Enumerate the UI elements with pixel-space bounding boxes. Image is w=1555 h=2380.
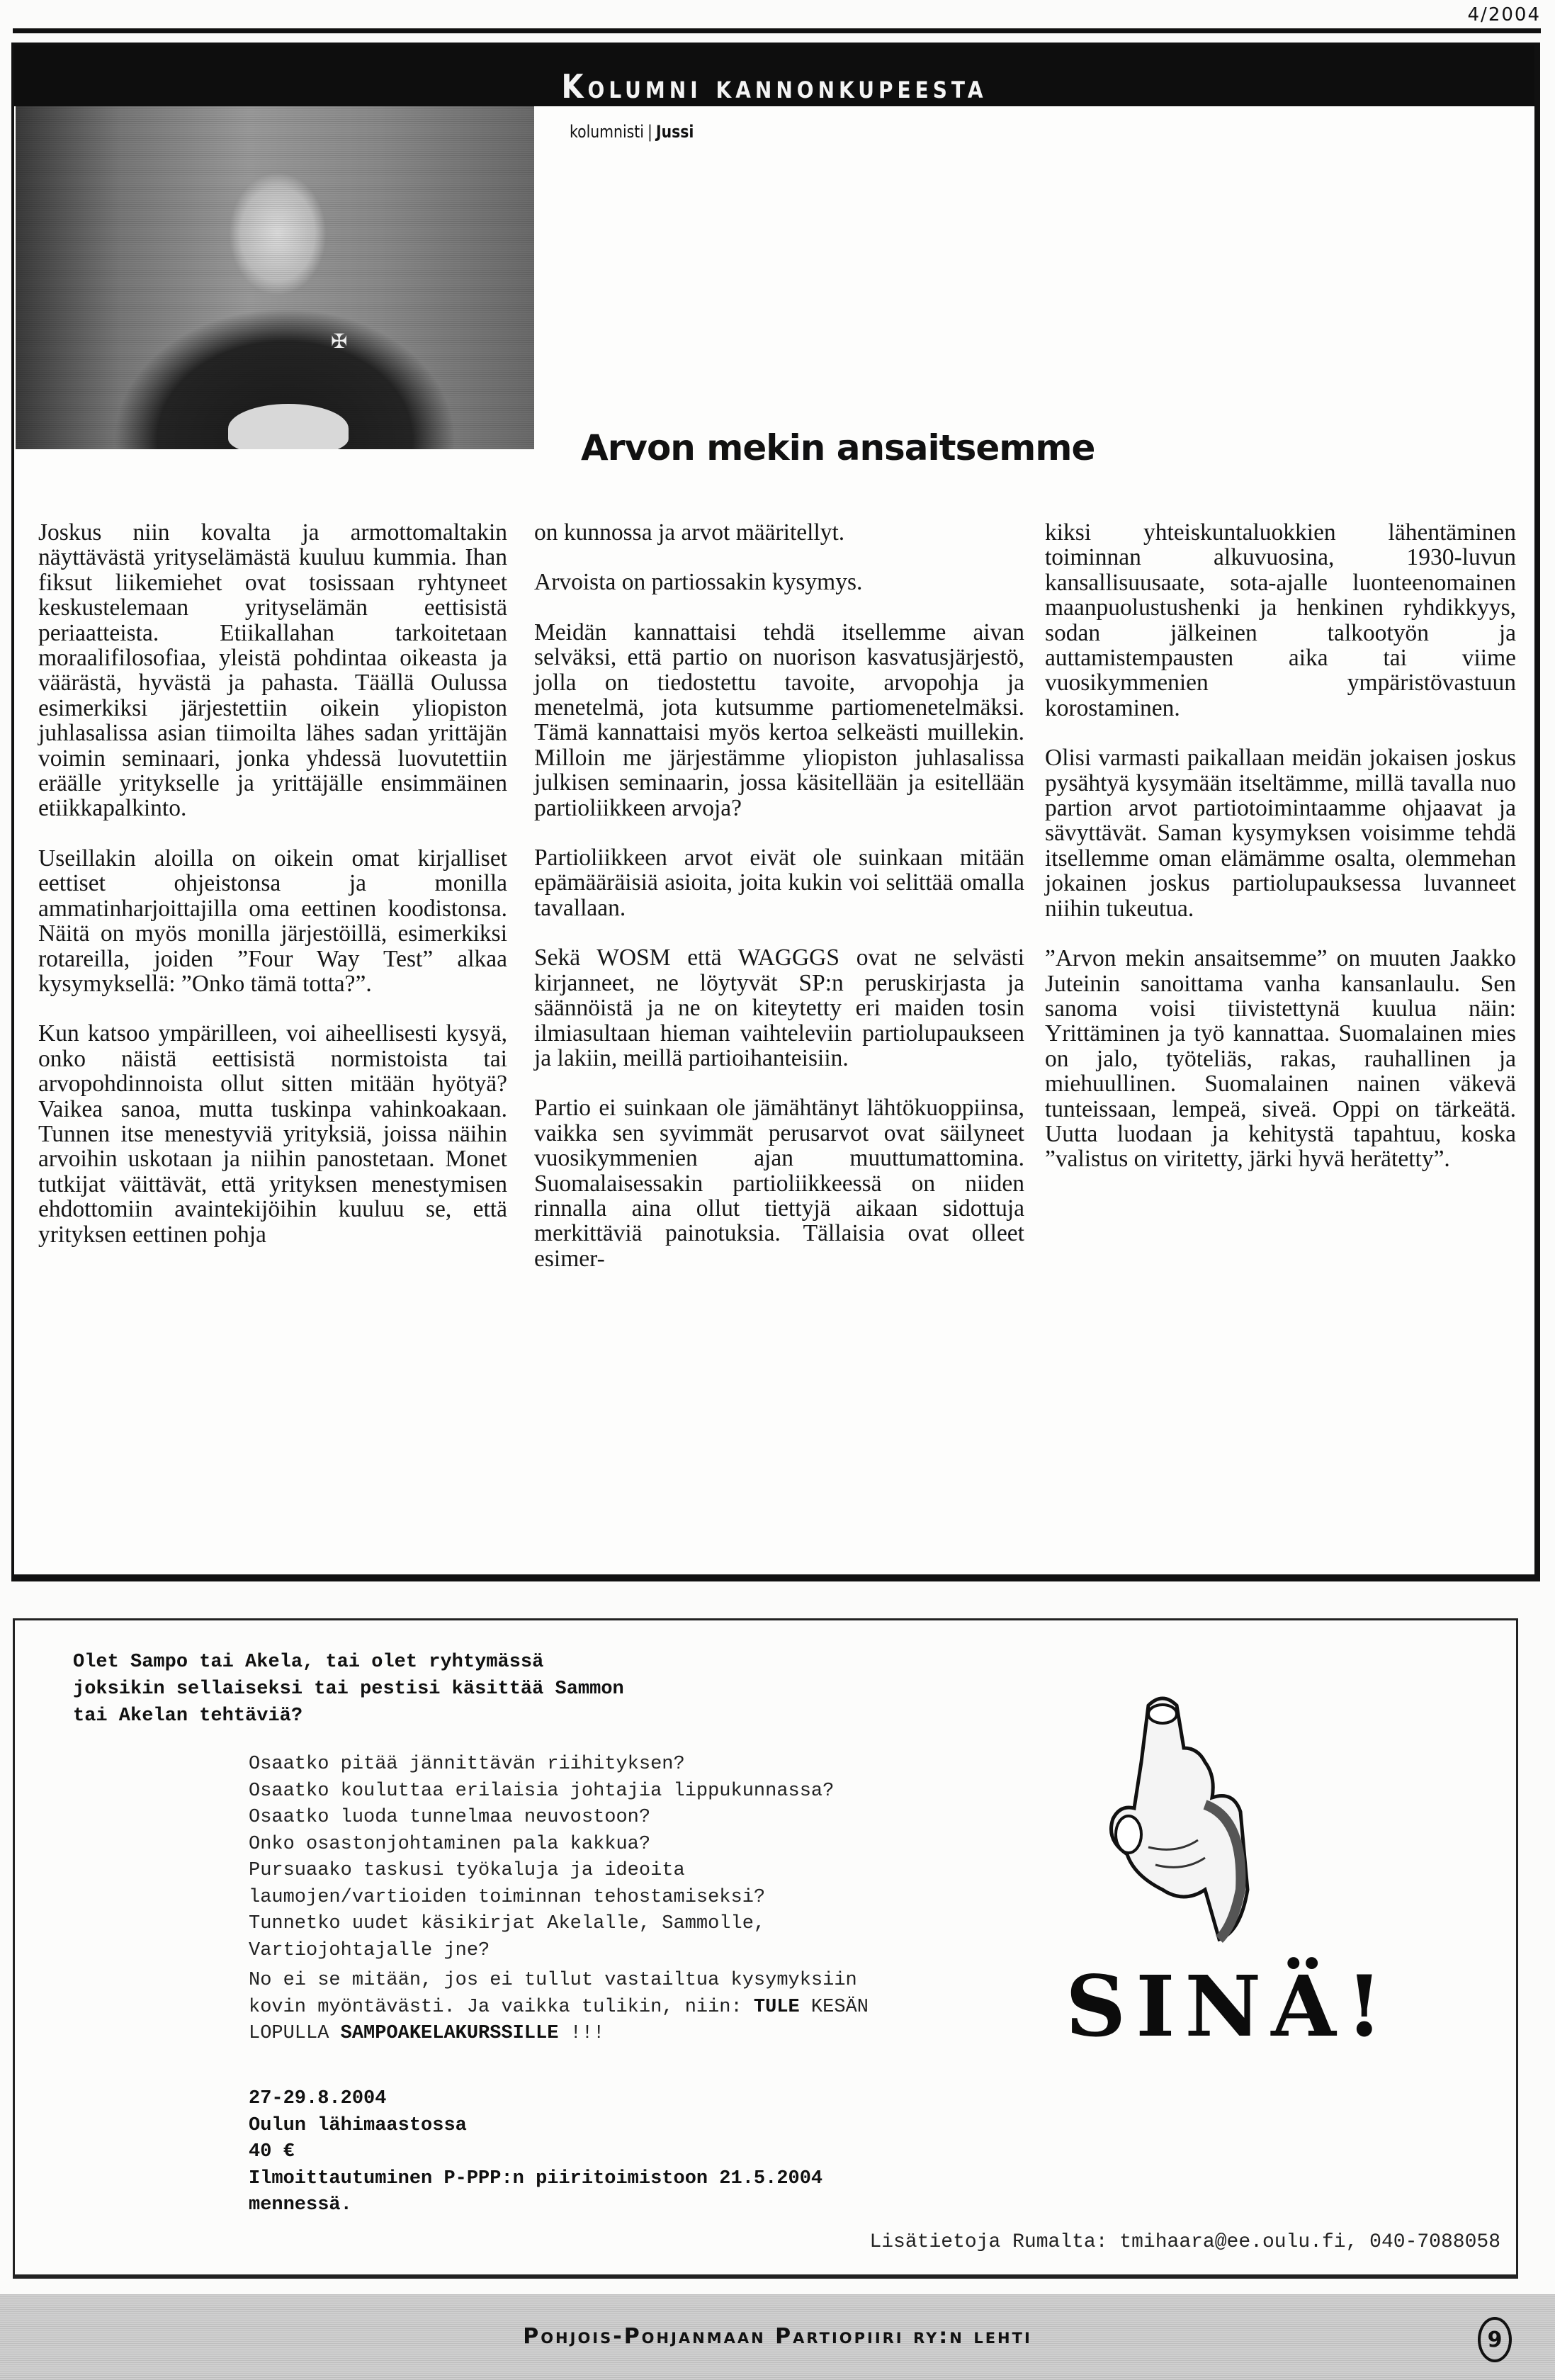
column-article: Kolumni kannonkupeesta ✠ kolumnisti|Juss… <box>11 43 1540 1581</box>
section-title: Kolumni kannonkupeesta <box>562 69 988 106</box>
ad-registration: Ilmoittautuminen P-PPP:n piiritoimistoon… <box>249 2166 822 2193</box>
ad-question: Vartiojohtajalle jne? <box>249 1938 834 1965</box>
ad-dates: 27-29.8.2004 <box>249 2086 822 2113</box>
issue-number: 4/2004 <box>1468 4 1541 26</box>
ad-question: Onko osastonjohtaminen pala kakkua? <box>249 1832 834 1859</box>
pointing-hand-icon <box>1063 1677 1276 1946</box>
ad-course-name: SAMPOAKELAKURSSILLE <box>341 2023 559 2044</box>
ad-intro-line: joksikin sellaiseksi tai pestisi käsittä… <box>73 1676 624 1703</box>
article-column-2: on kunnossa ja arvot määritellyt. Arvois… <box>534 520 1024 1296</box>
article-column-3: kiksi yhteiskuntaluokkien lähentäminen t… <box>1045 520 1516 1197</box>
ad-pitch-text: LOPULLA <box>249 2023 341 2044</box>
ad-question: Tunnetko uudet käsikirjat Akelalle, Samm… <box>249 1911 834 1938</box>
ad-pitch-line: LOPULLA SAMPOAKELAKURSSILLE !!! <box>249 2021 869 2048</box>
ad-question: Osaatko pitää jännittävän riihityksen? <box>249 1752 834 1778</box>
paragraph: ”Arvon mekin ansaitsemme” on muuten Jaak… <box>1045 946 1516 1172</box>
ad-questions: Osaatko pitää jännittävän riihityksen?Os… <box>249 1752 834 1964</box>
paragraph: Partio ei suinkaan ole jämähtänyt lähtök… <box>534 1095 1024 1271</box>
ad-intro: Olet Sampo tai Akela, tai olet ryhtymäss… <box>73 1649 624 1730</box>
ad-intro-line: Olet Sampo tai Akela, tai olet ryhtymäss… <box>73 1649 624 1676</box>
scout-cross-icon: ✠ <box>331 329 347 354</box>
ad-contact[interactable]: Lisätietoja Rumalta: tmihaara@ee.oulu.fi… <box>869 2231 1500 2253</box>
ad-details: 27-29.8.2004 Oulun lähimaastossa 40 € Il… <box>249 2086 822 2219</box>
paragraph: Partioliikkeen arvot eivät ole suinkaan … <box>534 845 1024 920</box>
ad-question: laumojen/vartioiden toiminnan tehostamis… <box>249 1885 834 1912</box>
byline: kolumnisti|Jussi <box>570 122 694 142</box>
paragraph: Sekä WOSM että WAGGGS ovat ne selvästi k… <box>534 945 1024 1071</box>
ad-intro-line: tai Akelan tehtäviä? <box>73 1703 624 1730</box>
paragraph: Useillakin aloilla on oikein omat kirjal… <box>38 846 507 996</box>
page-number: 9 <box>1478 2317 1512 2362</box>
byline-separator: | <box>648 122 652 142</box>
columnist-photo: ✠ <box>16 106 534 449</box>
byline-name: Jussi <box>656 122 694 142</box>
section-header-band: Kolumni kannonkupeesta <box>14 45 1534 106</box>
ad-pitch-line: No ei se mitään, jos ei tullut vastailtu… <box>249 1968 869 1995</box>
ad-price: 40 € <box>249 2139 822 2166</box>
ad-question: Osaatko kouluttaa erilaisia johtajia lip… <box>249 1778 834 1805</box>
paragraph: Kun katsoo ympärilleen, voi aiheellisest… <box>38 1021 507 1247</box>
ad-pitch-text: KESÄN <box>800 1997 869 2018</box>
ad-pitch-emphasis: TULE <box>754 1997 800 2018</box>
top-rule <box>13 28 1541 33</box>
ad-pitch-text: kovin myöntävästi. Ja vaikka tulikin, ni… <box>249 1997 754 2018</box>
course-advertisement: Olet Sampo tai Akela, tai olet ryhtymäss… <box>13 1618 1518 2279</box>
ad-location: Oulun lähimaastossa <box>249 2113 822 2140</box>
ad-registration-end: mennessä. <box>249 2192 822 2219</box>
paragraph: Olisi varmasti paikallaan meidän jokaise… <box>1045 745 1516 921</box>
ad-question: Pursuaako taskusi työkaluja ja ideoita <box>249 1858 834 1885</box>
paragraph: Arvoista on partiossakin kysymys. <box>534 570 1024 594</box>
byline-label: kolumnisti <box>570 122 644 142</box>
paragraph: Joskus niin kovalta ja armottomaltakin n… <box>38 520 507 821</box>
ad-question: Osaatko luoda tunnelmaa neuvostoon? <box>249 1805 834 1832</box>
page-footer: Pohjois-Pohjanmaan Partiopiiri ry:n leht… <box>0 2294 1555 2380</box>
paragraph: kiksi yhteiskuntaluokkien lähentäminen t… <box>1045 520 1516 721</box>
ad-pitch-line: kovin myöntävästi. Ja vaikka tulikin, ni… <box>249 1995 869 2021</box>
ad-pitch: No ei se mitään, jos ei tullut vastailtu… <box>249 1968 869 2048</box>
paragraph: Meidän kannattaisi tehdä itsellemme aiva… <box>534 620 1024 820</box>
article-column-1: Joskus niin kovalta ja armottomaltakin n… <box>38 520 507 1272</box>
paragraph: on kunnossa ja arvot määritellyt. <box>534 520 1024 545</box>
article-headline: Arvon mekin ansaitsemme <box>581 427 1095 468</box>
photo-hands-shape <box>228 404 349 449</box>
ad-pitch-text: !!! <box>558 2023 604 2044</box>
ad-big-word: SINÄ! <box>1065 1957 1393 2055</box>
publication-title: Pohjois-Pohjanmaan Partiopiiri ry:n leht… <box>0 2324 1555 2349</box>
